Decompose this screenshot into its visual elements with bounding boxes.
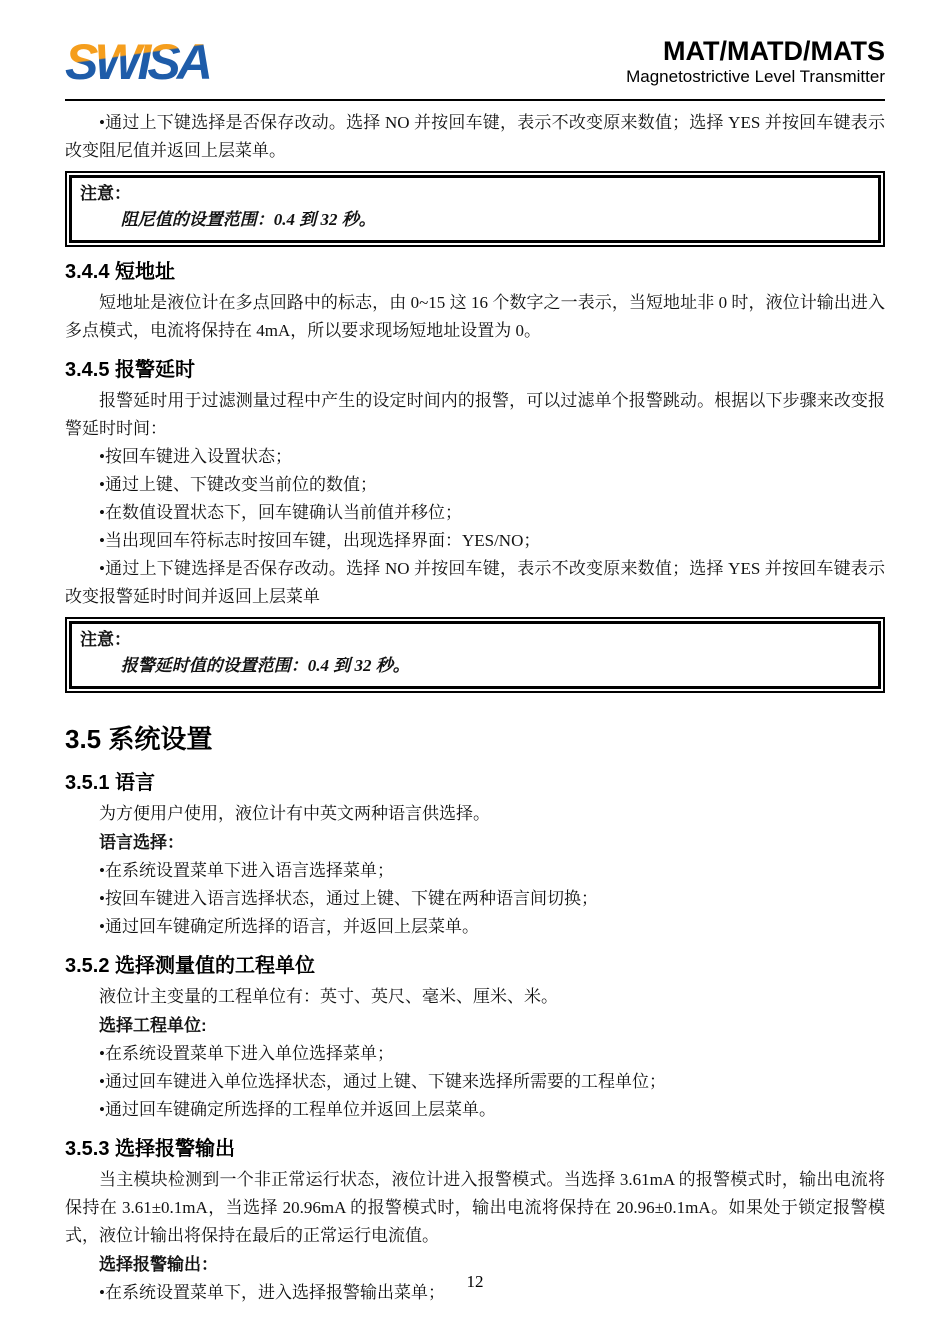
page-number: 12 <box>0 1272 950 1292</box>
list-item: •通过回车键确定所选择的语言，并返回上层菜单。 <box>65 913 885 941</box>
heading-3-5: 3.5 系统设置 <box>65 719 885 756</box>
paragraph-save-damping: •通过上下键选择是否保存改动。选择 NO 并按回车键，表示不改变原来数值；选择 … <box>65 109 885 165</box>
page-header: SWISA MAT/MATD/MATS Magnetostrictive Lev… <box>0 0 950 87</box>
page-body: •通过上下键选择是否保存改动。选择 NO 并按回车键，表示不改变原来数值；选择 … <box>0 101 950 1307</box>
label-units-select: 选择工程单位: <box>65 1012 885 1040</box>
list-item: •通过上键、下键改变当前位的数值； <box>65 471 885 499</box>
note-title: 注意： <box>80 627 868 653</box>
note-box-alarm-delay-inner: 注意： 报警延时值的设置范围：0.4 到 32 秒。 <box>69 621 881 689</box>
header-titles: MAT/MATD/MATS Magnetostrictive Level Tra… <box>626 36 885 87</box>
paragraph-short-address: 短地址是液位计在多点回路中的标志，由 0~15 这 16 个数字之一表示，当短地… <box>65 289 885 345</box>
list-item: •当出现回车符标志时按回车键，出现选择界面：YES/NO； <box>65 527 885 555</box>
paragraph-alarm-delay: 报警延时用于过滤测量过程中产生的设定时间内的报警，可以过滤单个报警跳动。根据以下… <box>65 387 885 443</box>
list-item: •通过回车键进入单位选择状态，通过上键、下键来选择所需要的工程单位； <box>65 1068 885 1096</box>
paragraph-alarm-output: 当主模块检测到一个非正常运行状态，液位计进入报警模式。当选择 3.61mA 的报… <box>65 1166 885 1250</box>
note-text: 报警延时值的设置范围：0.4 到 32 秒。 <box>121 653 868 679</box>
note-box-damping-inner: 注意： 阻尼值的设置范围：0.4 到 32 秒。 <box>69 175 881 243</box>
document-subtitle: Magnetostrictive Level Transmitter <box>626 67 885 87</box>
paragraph-units: 液位计主变量的工程单位有：英寸、英尺、毫米、厘米、米。 <box>65 983 885 1011</box>
swisa-logo: SWISA <box>65 37 217 87</box>
list-item: •在系统设置菜单下进入单位选择菜单； <box>65 1040 885 1068</box>
heading-3-5-3: 3.5.3 选择报警输出 <box>65 1132 885 1161</box>
heading-3-5-2: 3.5.2 选择测量值的工程单位 <box>65 949 885 978</box>
heading-3-4-4: 3.4.4 短地址 <box>65 255 885 284</box>
list-item: •在系统设置菜单下进入语言选择菜单； <box>65 857 885 885</box>
list-item: •按回车键进入语言选择状态，通过上键、下键在两种语言间切换； <box>65 885 885 913</box>
document-page: SWISA MAT/MATD/MATS Magnetostrictive Lev… <box>0 0 950 1344</box>
heading-3-5-1: 3.5.1 语言 <box>65 766 885 795</box>
document-title: MAT/MATD/MATS <box>626 36 885 67</box>
paragraph-language: 为方便用户使用，液位计有中英文两种语言供选择。 <box>65 800 885 828</box>
note-box-alarm-delay: 注意： 报警延时值的设置范围：0.4 到 32 秒。 <box>65 617 885 693</box>
label-language-select: 语言选择： <box>65 829 885 857</box>
note-text: 阻尼值的设置范围：0.4 到 32 秒。 <box>121 207 868 233</box>
list-item: •通过上下键选择是否保存改动。选择 NO 并按回车键，表示不改变原来数值；选择 … <box>65 555 885 611</box>
list-item: •通过回车键确定所选择的工程单位并返回上层菜单。 <box>65 1096 885 1124</box>
list-item: •按回车键进入设置状态； <box>65 443 885 471</box>
list-item: •在数值设置状态下，回车键确认当前值并移位； <box>65 499 885 527</box>
note-title: 注意： <box>80 181 868 207</box>
heading-3-4-5: 3.4.5 报警延时 <box>65 353 885 382</box>
note-box-damping: 注意： 阻尼值的设置范围：0.4 到 32 秒。 <box>65 171 885 247</box>
